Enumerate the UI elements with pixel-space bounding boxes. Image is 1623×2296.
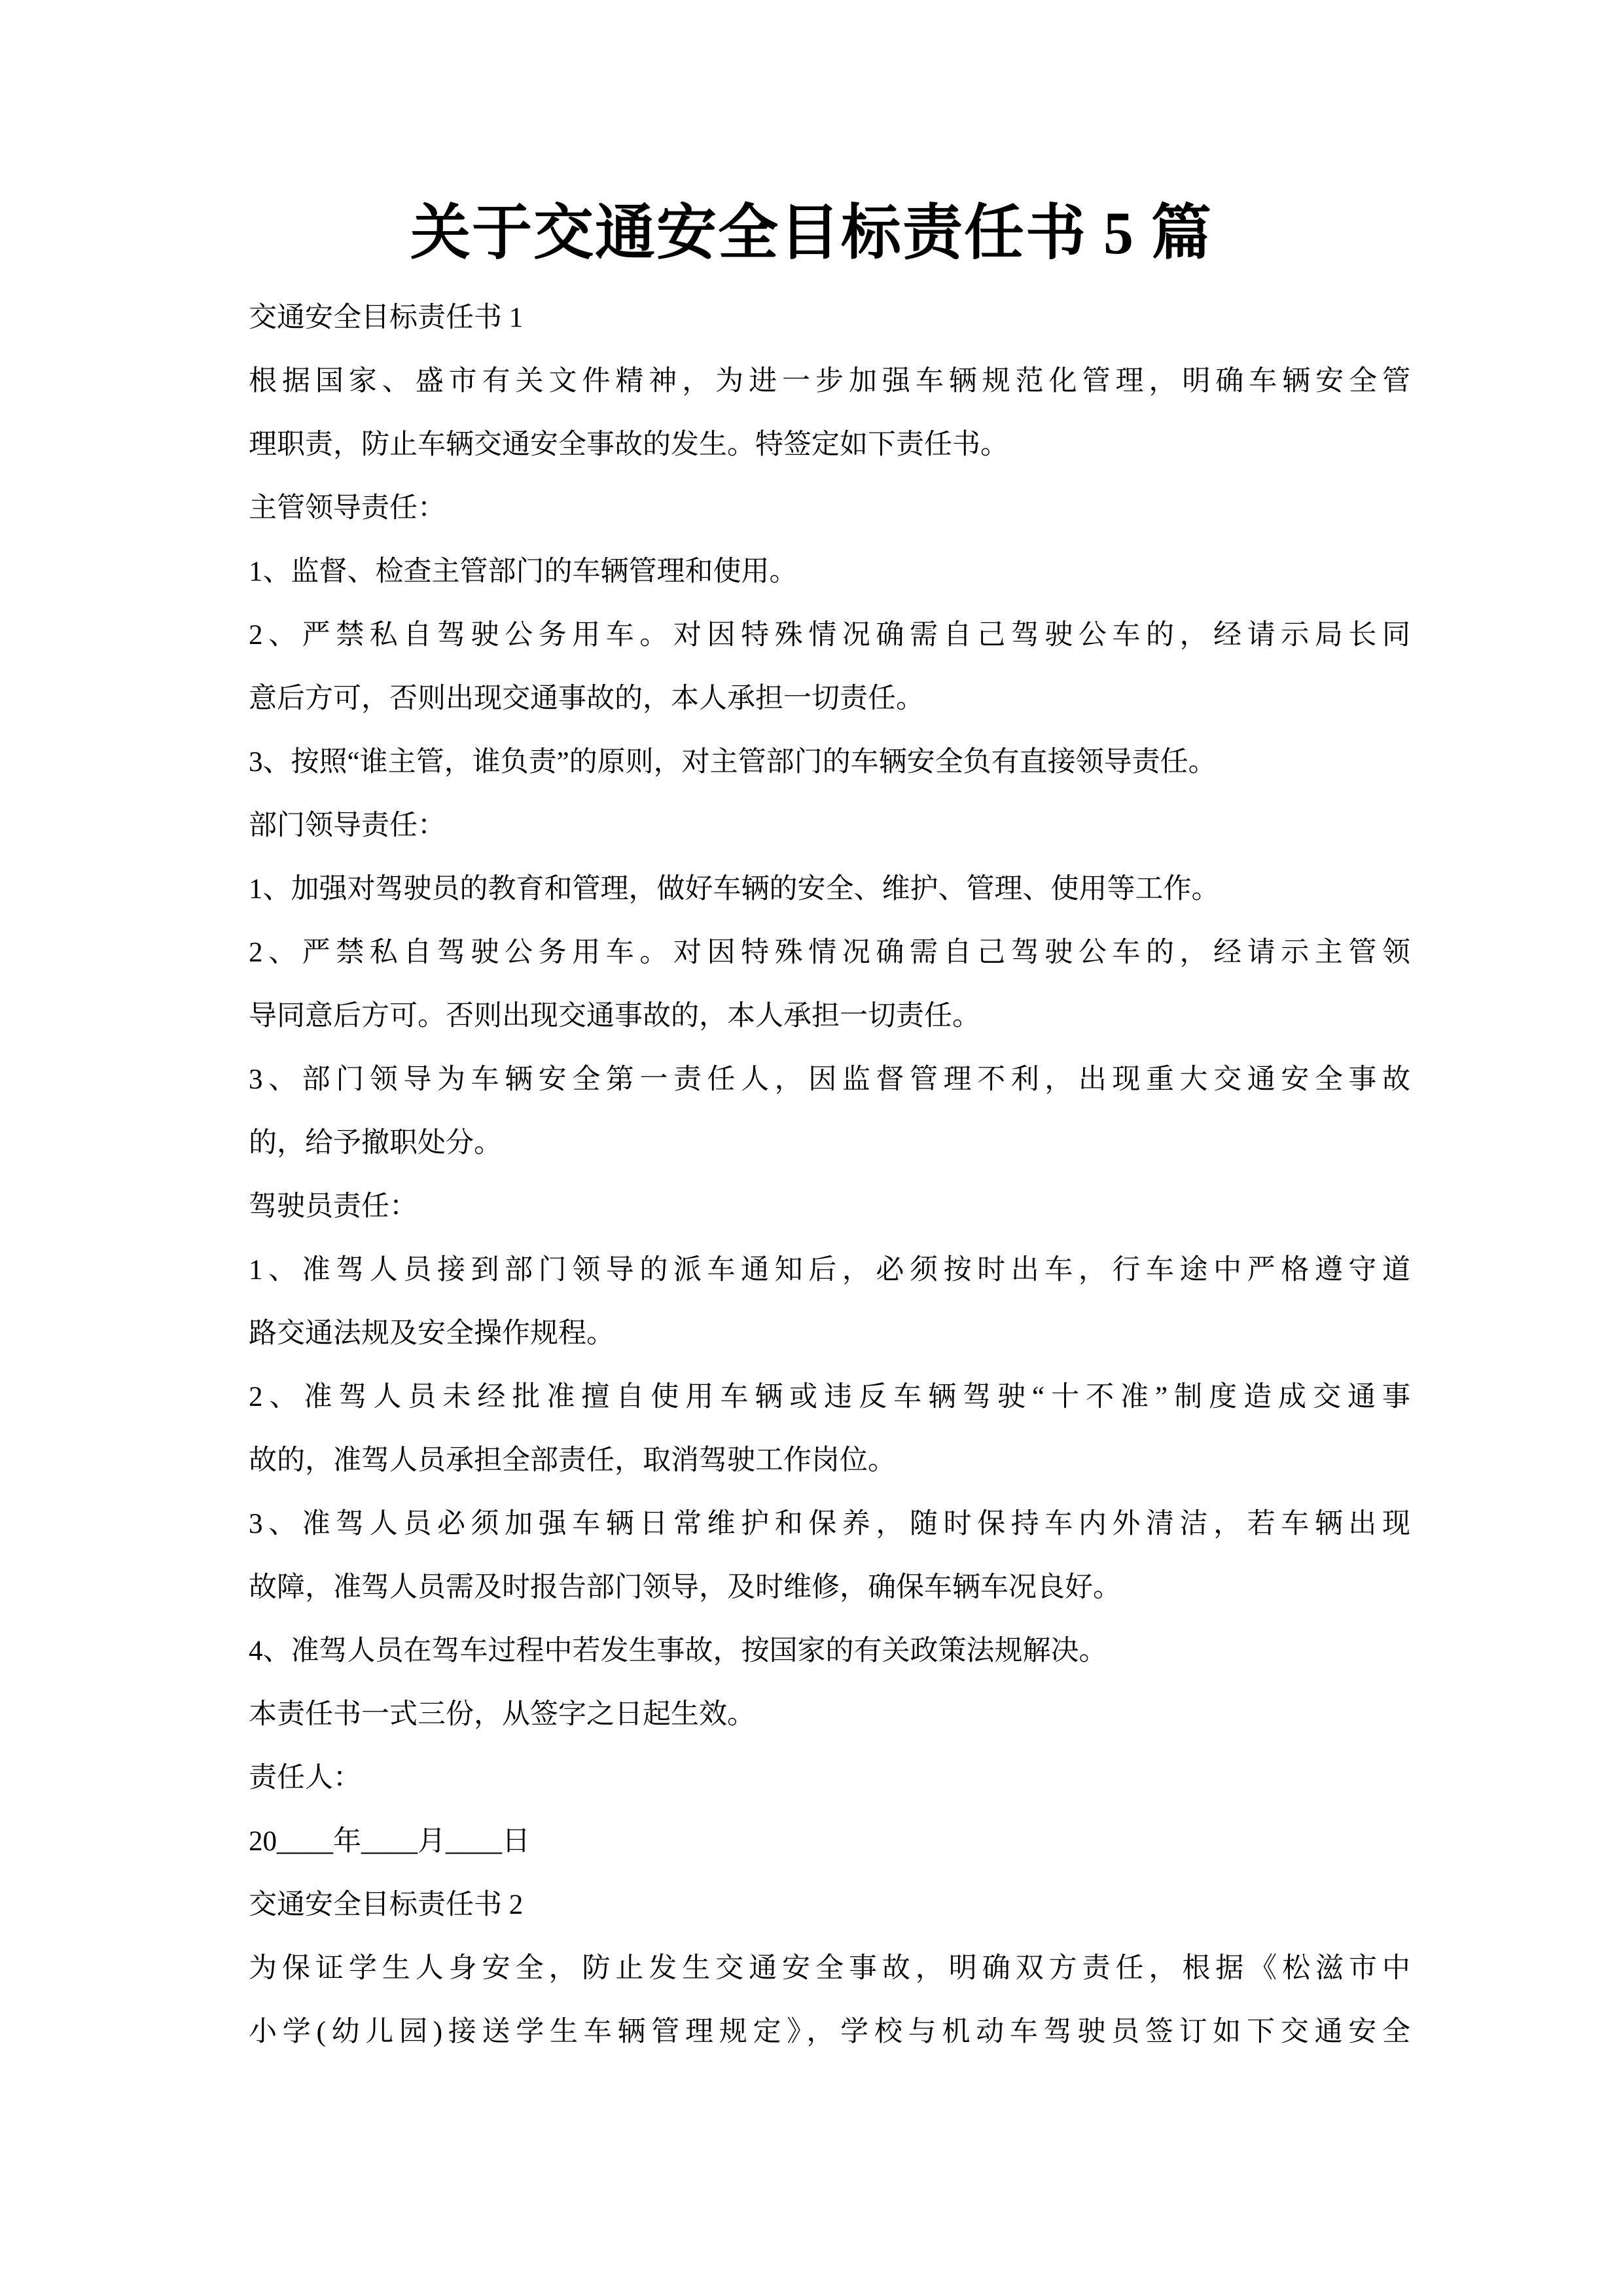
text-line: 的，给予撤职处分。 (249, 1111, 1410, 1175)
document-title: 关于交通安全目标责任书 5 篇 (0, 200, 1623, 266)
text-line: 主管领导责任： (249, 476, 1410, 540)
text-line: 2、严禁私自驾驶公务用车。对因特殊情况确需自己驾驶公车的，经请示局长同 (249, 603, 1410, 667)
text-line: 故障，准驾人员需及时报告部门领导，及时维修，确保车辆车况良好。 (249, 1556, 1410, 1619)
text-line: 导同意后方可。否则出现交通事故的，本人承担一切责任。 (249, 984, 1410, 1048)
document-page: 关于交通安全目标责任书 5 篇 交通安全目标责任书 1 根据国家、盛市有关文件精… (0, 0, 1623, 2296)
text-line: 2、严禁私自驾驶公务用车。对因特殊情况确需自己驾驶公车的，经请示主管领 (249, 921, 1410, 984)
text-line: 20____年____月____日 (249, 1810, 1410, 1873)
text-line: 部门领导责任： (249, 794, 1410, 857)
text-line: 1、监督、检查主管部门的车辆管理和使用。 (249, 540, 1410, 603)
text-line: 小学(幼儿园)接送学生车辆管理规定》，学校与机动车驾驶员签订如下交通安全 (249, 2000, 1410, 2064)
text-line: 4、准驾人员在驾车过程中若发生事故，按国家的有关政策法规解决。 (249, 1619, 1410, 1683)
text-line: 为保证学生人身安全，防止发生交通安全事故，明确双方责任，根据《松滋市中 (249, 1937, 1410, 2000)
text-line: 理职责，防止车辆交通安全事故的发生。特签定如下责任书。 (249, 413, 1410, 476)
document-body: 交通安全目标责任书 1 根据国家、盛市有关文件精神，为进一步加强车辆规范化管理，… (249, 286, 1410, 2064)
text-line: 责任人： (249, 1746, 1410, 1810)
text-line: 3、部门领导为车辆安全第一责任人，因监督管理不利，出现重大交通安全事故 (249, 1048, 1410, 1111)
text-line: 交通安全目标责任书 2 (249, 1873, 1410, 1937)
text-line: 3、按照“谁主管，谁负责”的原则，对主管部门的车辆安全负有直接领导责任。 (249, 730, 1410, 794)
text-line: 本责任书一式三份，从签字之日起生效。 (249, 1683, 1410, 1746)
text-line: 根据国家、盛市有关文件精神，为进一步加强车辆规范化管理，明确车辆安全管 (249, 350, 1410, 413)
text-line: 交通安全目标责任书 1 (249, 286, 1410, 350)
text-line: 3、准驾人员必须加强车辆日常维护和保养，随时保持车内外清洁，若车辆出现 (249, 1492, 1410, 1556)
text-line: 2、准驾人员未经批准擅自使用车辆或违反车辆驾驶“十不准”制度造成交通事 (249, 1365, 1410, 1429)
text-line: 驾驶员责任： (249, 1175, 1410, 1238)
text-line: 意后方可，否则出现交通事故的，本人承担一切责任。 (249, 667, 1410, 730)
text-line: 1、准驾人员接到部门领导的派车通知后，必须按时出车，行车途中严格遵守道 (249, 1238, 1410, 1302)
text-line: 1、加强对驾驶员的教育和管理，做好车辆的安全、维护、管理、使用等工作。 (249, 857, 1410, 921)
text-line: 故的，准驾人员承担全部责任，取消驾驶工作岗位。 (249, 1429, 1410, 1492)
text-line: 路交通法规及安全操作规程。 (249, 1302, 1410, 1365)
